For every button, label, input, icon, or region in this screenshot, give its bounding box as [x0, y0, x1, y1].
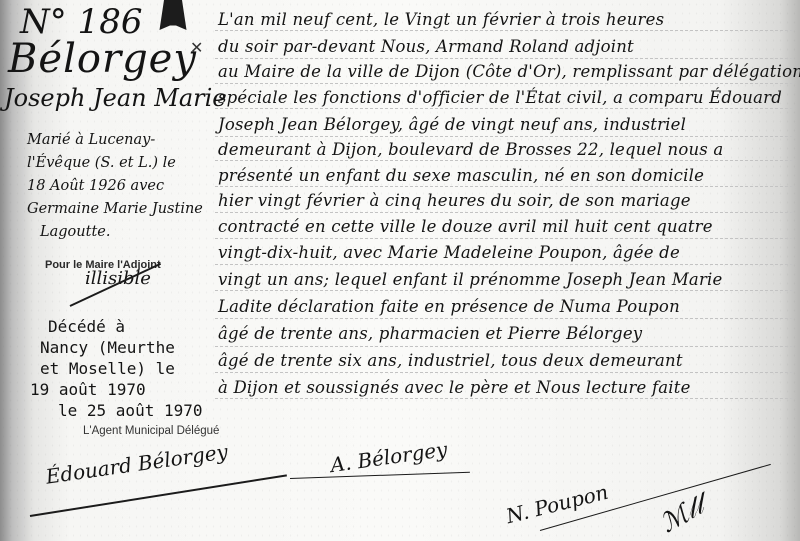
- body-line-14: âgé de trente six ans, industriel, tous …: [218, 351, 683, 370]
- death-note-line-4: 19 août 1970: [30, 380, 146, 399]
- given-names: Joseph Jean Marie: [4, 84, 227, 112]
- ruled-line: [215, 346, 793, 347]
- ink-blot: [158, 0, 188, 30]
- body-line-12: Ladite déclaration faite en présence de …: [218, 297, 680, 316]
- body-line-2: du soir par-devant Nous, Armand Roland a…: [218, 37, 634, 56]
- signature-flourish: [290, 472, 470, 479]
- birth-record-page: ✕ N° 186 Bélorgey Joseph Jean Marie L'an…: [0, 0, 800, 541]
- body-line-7: présenté un enfant du sexe masculin, né …: [218, 166, 704, 185]
- ruled-line: [215, 136, 793, 137]
- ruled-line: [215, 290, 793, 291]
- officer-signature-scrawl: ℳ𝓁𝓁: [655, 491, 710, 540]
- body-line-3: au Maire de la ville de Dijon (Côte d'Or…: [218, 62, 800, 81]
- body-line-6: demeurant à Dijon, boulevard de Brosses …: [218, 140, 723, 159]
- body-line-9: contracté en cette ville le douze avril …: [218, 217, 713, 236]
- ruled-line: [215, 398, 793, 399]
- marriage-note-line-5: Lagoutte.: [40, 224, 110, 240]
- ruled-line: [215, 160, 793, 161]
- death-note-line-3: et Moselle) le: [40, 359, 175, 378]
- ruled-line: [215, 186, 793, 187]
- death-note-line-5: le 25 août 1970: [58, 401, 203, 420]
- body-line-1: L'an mil neuf cent, le Vingt un février …: [218, 10, 664, 29]
- ruled-line: [215, 372, 793, 373]
- body-line-5: Joseph Jean Bélorgey, âgé de vingt neuf …: [218, 115, 686, 134]
- death-note-line-1: Décédé à: [48, 317, 125, 336]
- body-line-10: vingt-dix-huit, avec Marie Madeleine Pou…: [218, 243, 680, 262]
- marriage-note-line-4: Germaine Marie Justine: [27, 201, 203, 217]
- marriage-note-line-1: Marié à Lucenay-: [27, 132, 155, 148]
- body-line-13: âgé de trente ans, pharmacien et Pierre …: [218, 324, 642, 343]
- witness-2-signature: N. Poupon: [504, 480, 611, 529]
- ruled-line: [215, 83, 793, 84]
- witness-1-signature: A. Bélorgey: [329, 437, 449, 477]
- ruled-line: [215, 30, 793, 31]
- surname-heading: Bélorgey: [8, 36, 197, 82]
- ruled-line: [215, 212, 793, 213]
- ruled-line: [215, 58, 793, 59]
- marriage-note-line-2: l'Évêque (S. et L.) le: [27, 155, 176, 171]
- death-note-line-2: Nancy (Meurthe: [40, 338, 175, 357]
- marriage-note-line-3: 18 Août 1926 avec: [27, 178, 164, 194]
- ruled-line: [215, 318, 793, 319]
- ruled-line: [215, 238, 793, 239]
- agent-municipal-label: L'Agent Municipal Délégué: [83, 425, 219, 437]
- body-line-4: spéciale les fonctions d'officier de l'É…: [218, 88, 782, 107]
- ruled-line: [215, 264, 793, 265]
- body-line-15: à Dijon et soussignés avec le père et No…: [218, 378, 691, 397]
- father-signature: Édouard Bélorgey: [44, 439, 229, 488]
- body-line-8: hier vingt février à cinq heures du soir…: [218, 191, 691, 210]
- ruled-line: [215, 108, 793, 109]
- body-line-11: vingt un ans; lequel enfant il prénomme …: [218, 270, 723, 289]
